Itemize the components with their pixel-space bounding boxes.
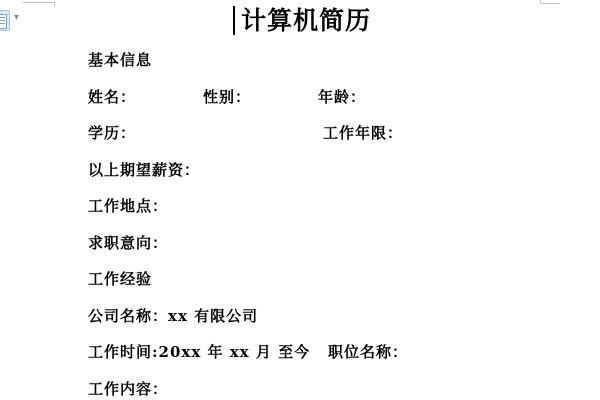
- education-years-row-text[interactable]: 工作年限：: [323, 124, 403, 143]
- work-time-position-row-text[interactable]: 工作时间:20xx 年 xx 月 至今: [88, 343, 310, 362]
- work-experience-heading: 工作经验: [0, 270, 600, 290]
- basic-info-heading-text[interactable]: 基本信息: [88, 51, 152, 70]
- expected-salary-row: 以上期望薪资：: [0, 161, 600, 181]
- work-content-row: 工作内容：: [0, 380, 600, 400]
- work-location-row: 工作地点：: [0, 197, 600, 217]
- company-name-row: 公司名称：xx 有限公司: [0, 307, 600, 327]
- work-time-position-row-text[interactable]: 职位名称：: [328, 343, 408, 362]
- company-name-row-text[interactable]: 公司名称：xx 有限公司: [88, 307, 258, 326]
- document-canvas[interactable]: ▾ 计算机简历 基本信息姓名：性别：年龄：学历：工作年限：以上期望薪资：工作地点…: [0, 0, 600, 400]
- work-content-row-text[interactable]: 工作内容：: [88, 380, 168, 399]
- education-years-row: 学历：工作年限：: [0, 124, 600, 144]
- name-gender-age-row-text[interactable]: 姓名：: [88, 88, 136, 107]
- job-intention-row: 求职意向：: [0, 234, 600, 254]
- education-years-row-text[interactable]: 学历：: [88, 124, 136, 143]
- document-body: 基本信息姓名：性别：年龄：学历：工作年限：以上期望薪资：工作地点：求职意向：工作…: [0, 0, 600, 400]
- work-experience-heading-text[interactable]: 工作经验: [88, 270, 152, 289]
- basic-info-heading: 基本信息: [0, 51, 600, 71]
- expected-salary-row-text[interactable]: 以上期望薪资：: [88, 161, 200, 180]
- name-gender-age-row-text[interactable]: 年龄：: [318, 88, 366, 107]
- name-gender-age-row-text[interactable]: 性别：: [203, 88, 251, 107]
- work-time-position-row: 工作时间:20xx 年 xx 月 至今职位名称：: [0, 343, 600, 363]
- job-intention-row-text[interactable]: 求职意向：: [88, 234, 168, 253]
- name-gender-age-row: 姓名：性别：年龄：: [0, 88, 600, 108]
- work-location-row-text[interactable]: 工作地点：: [88, 197, 168, 216]
